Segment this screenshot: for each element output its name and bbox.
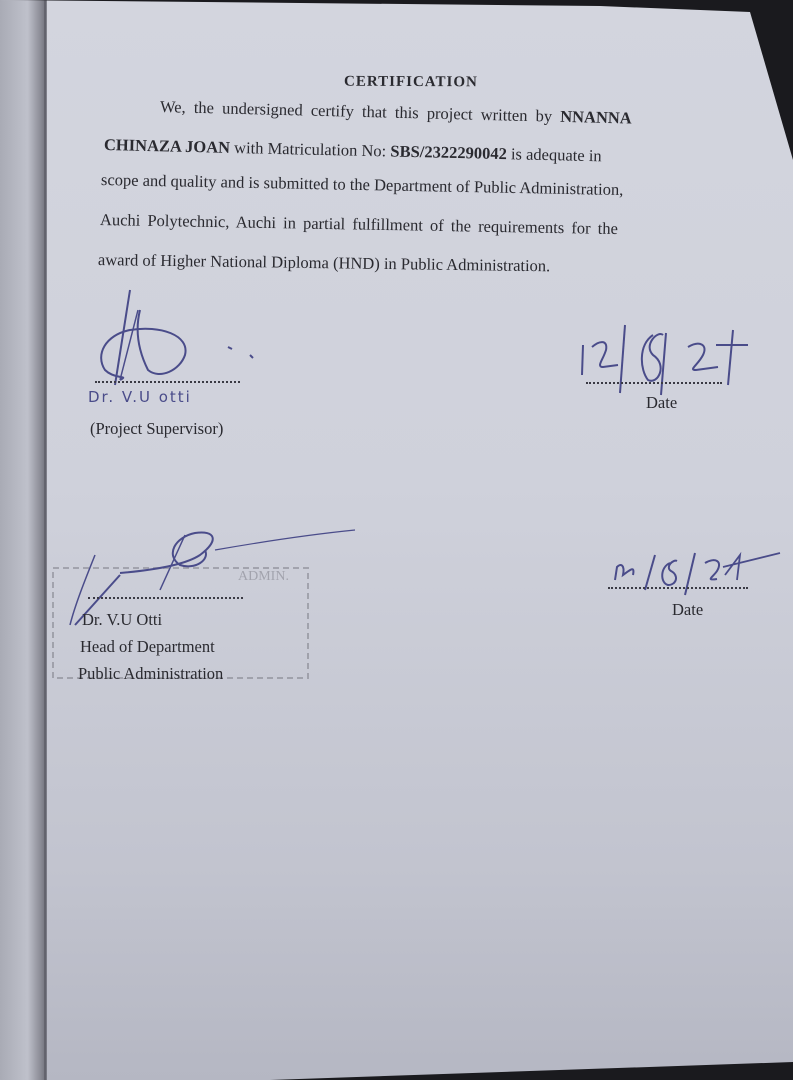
supervisor-role: (Project Supervisor) [90,419,223,439]
body-line-3: scope and quality and is submitted to th… [101,170,624,200]
page-title: CERTIFICATION [344,74,478,92]
hod-role: Head of Department [80,637,215,657]
supervisor-signature [90,285,270,395]
body-text: scope and quality and is submitted to th… [101,170,624,199]
hod-name: Dr. V.U Otti [82,610,162,630]
body-text: Auchi Polytechnic, Auchi in partial fulf… [100,210,618,238]
supervisor-date-label: Date [646,393,677,413]
body-line-1: We, the undersigned certify that this pr… [160,97,632,129]
body-text: is adequate in [507,144,602,165]
body-text: with Matriculation No: [230,138,391,161]
bold-text: NNANNA [560,107,632,128]
hod-date-handwriting [605,545,785,600]
body-line-4: Auchi Polytechnic, Auchi in partial fulf… [100,210,618,239]
supervisor-date-handwriting [578,325,793,400]
document-page: CERTIFICATION We, the undersigned certif… [0,0,793,1080]
hod-signature-line [88,597,243,599]
body-line-5: award of Higher National Diploma (HND) i… [98,250,551,276]
hod-department: Public Administration [78,664,223,684]
supervisor-signature-line [95,381,240,383]
hod-date-label: Date [672,600,703,620]
body-text: award of Higher National Diploma (HND) i… [98,250,551,275]
hod-date-line [608,587,748,589]
bold-text: SBS/2322290042 [390,142,507,164]
bold-text: CHINAZA JOAN [104,135,230,157]
supervisor-date-line [586,382,722,384]
body-text: We, the undersigned certify that this pr… [160,97,561,126]
body-line-2: CHINAZA JOAN with Matriculation No: SBS/… [104,135,602,166]
supervisor-handwritten-name: Dr. V.U otti [88,388,192,406]
